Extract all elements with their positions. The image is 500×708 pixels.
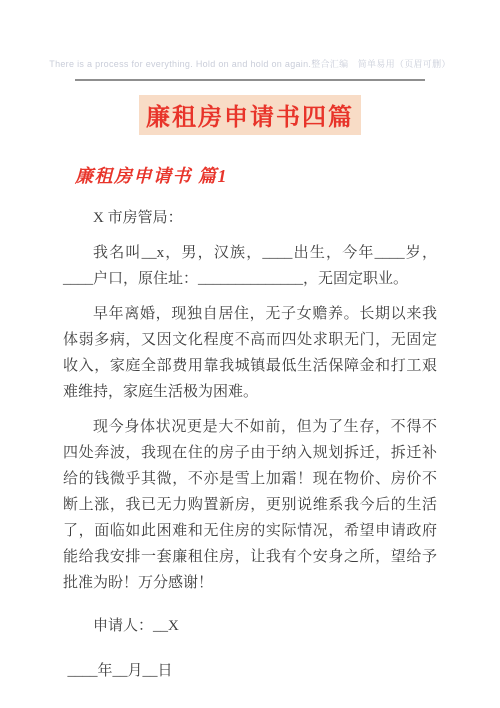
- letter-paragraph: 我名叫__x，男，汉族，____出生，今年____岁，____户口，原住址：__…: [63, 240, 437, 292]
- letter-body: X 市房管局： 我名叫__x，男，汉族，____出生，今年____岁，____户…: [63, 205, 437, 684]
- salutation-line: X 市房管局：: [63, 205, 437, 231]
- document-title: 廉租房申请书四篇: [139, 95, 361, 135]
- header-divider: [75, 79, 425, 81]
- section-heading: 廉租房申请书 篇1: [75, 162, 500, 188]
- document-page: There is a process for everything. Hold …: [0, 0, 500, 708]
- letter-paragraph: 现今身体状况更是大不如前，但为了生存，不得不四处奔波，我现在住的房子由于纳入规划…: [63, 414, 437, 596]
- date-line: ____年__月__日: [63, 658, 437, 684]
- letter-paragraph: 早年离婚，现独自居住，无子女赡养。长期以来我体弱多病，又因文化程度不高而四处求职…: [63, 301, 437, 405]
- document-title-row: 廉租房申请书四篇: [0, 95, 500, 135]
- signature-line: 申请人：__X: [63, 613, 437, 639]
- header-watermark-text: There is a process for everything. Hold …: [0, 57, 500, 70]
